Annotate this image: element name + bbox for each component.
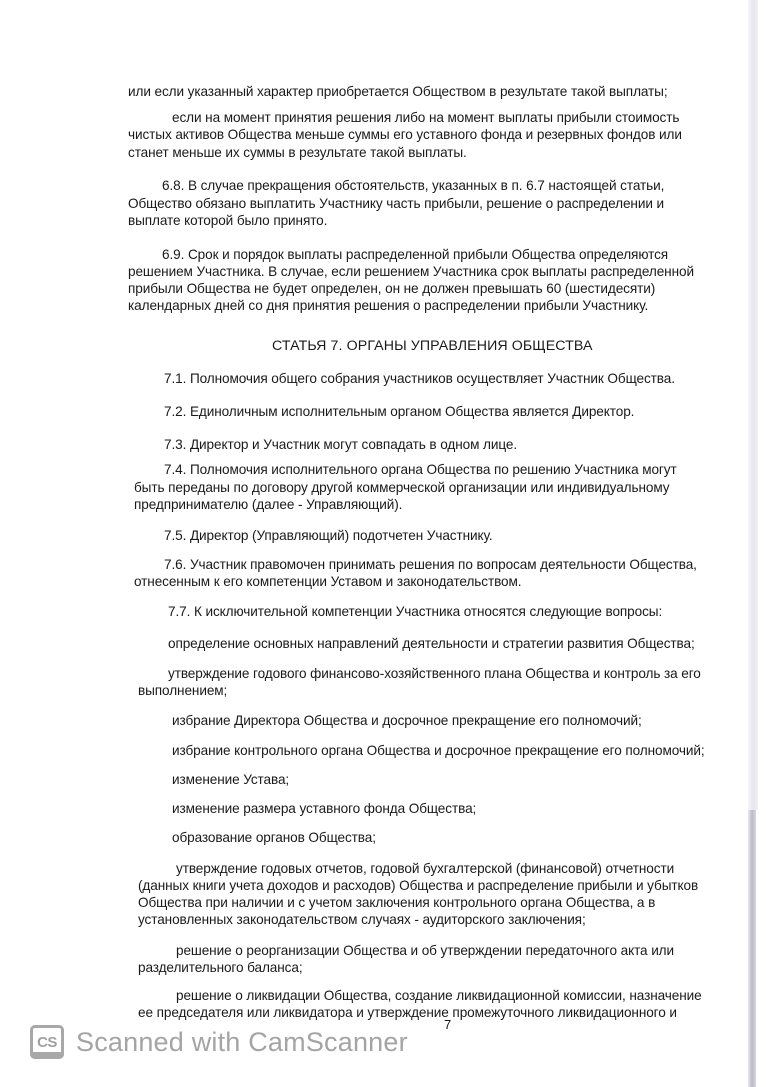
list-item: решение о ликвидации Общества, создание … <box>176 988 702 1004</box>
paragraph-7-2: 7.2. Единоличным исполнительным органом … <box>164 404 634 420</box>
text-line: станет меньше их суммы в результате тако… <box>128 145 467 161</box>
list-item: образование органов Общества; <box>172 830 376 846</box>
camscanner-logo-icon: CS <box>30 1025 64 1059</box>
watermark-text: Scanned with CamScanner <box>76 1027 408 1058</box>
paragraph-7-4: 7.4. Полномочия исполнительного органа О… <box>164 462 677 478</box>
text-line: (данных книги учета доходов и расходов) … <box>138 878 698 894</box>
paragraph-6-8: 6.8. В случае прекращения обстоятельств,… <box>162 178 664 194</box>
paragraph-6-9: 6.9. Срок и порядок выплаты распределенн… <box>162 247 668 263</box>
text-line: или если указанный характер приобретаетс… <box>128 84 668 100</box>
text-line: быть переданы по договору другой коммерч… <box>134 480 669 496</box>
paragraph-7-3: 7.3. Директор и Участник могут совпадать… <box>164 437 517 453</box>
list-item: избрание Директора Общества и досрочное … <box>172 713 642 729</box>
text-line: установленных законодательством случаях … <box>138 912 586 928</box>
text-line: Общества при наличии и с учетом заключен… <box>138 895 655 911</box>
text-line: ее председателя или ликвидатора и утверж… <box>138 1005 677 1021</box>
scanned-page: или если указанный характер приобретаетс… <box>0 0 768 1087</box>
text-line: разделительного баланса; <box>138 960 303 976</box>
page-edge-shadow-lower <box>748 810 756 1087</box>
text-line: прибыли Общества не будет определен, он … <box>128 281 655 297</box>
list-item: избрание контрольного органа Общества и … <box>172 743 705 759</box>
text-line: предпринимателю (далее - Управляющий). <box>134 497 402 513</box>
text-line: выполнением; <box>138 683 227 699</box>
list-item: определение основных направлений деятель… <box>168 636 695 652</box>
list-item: утверждение годовых отчетов, годовой бух… <box>176 861 674 877</box>
camscanner-watermark: CS Scanned with CamScanner <box>30 1025 408 1059</box>
page-edge-shadow <box>748 0 758 810</box>
text-line: календарных дней со дня принятия решения… <box>128 298 648 314</box>
paragraph-7-6: 7.6. Участник правомочен принимать решен… <box>164 557 697 573</box>
paragraph-7-5: 7.5. Директор (Управляющий) подотчетен У… <box>164 528 493 544</box>
page-number: 7 <box>444 1017 451 1032</box>
text-line: Общество обязано выплатить Участнику час… <box>128 196 664 212</box>
text-line: отнесенным к его компетенции Уставом и з… <box>134 574 521 590</box>
text-line: если на момент принятия решения либо на … <box>172 110 734 126</box>
list-item: изменение размера уставного фонда Общест… <box>172 801 476 817</box>
list-item: изменение Устава; <box>172 772 289 788</box>
paragraph-7-1: 7.1. Полномочия общего собрания участник… <box>164 371 675 387</box>
text-line: выплате которой было принято. <box>128 213 327 229</box>
list-item: решение о реорганизации Общества и об ут… <box>176 943 674 959</box>
list-item: утверждение годового финансово-хозяйстве… <box>168 666 701 682</box>
text-line: решением Участника. В случае, если решен… <box>128 264 694 280</box>
paragraph-7-7: 7.7. К исключительной компетенции Участн… <box>168 604 662 620</box>
text-line: чистых активов Общества меньше суммы его… <box>128 127 734 143</box>
article-heading: СТАТЬЯ 7. ОРГАНЫ УПРАВЛЕНИЯ ОБЩЕСТВА <box>272 338 593 354</box>
